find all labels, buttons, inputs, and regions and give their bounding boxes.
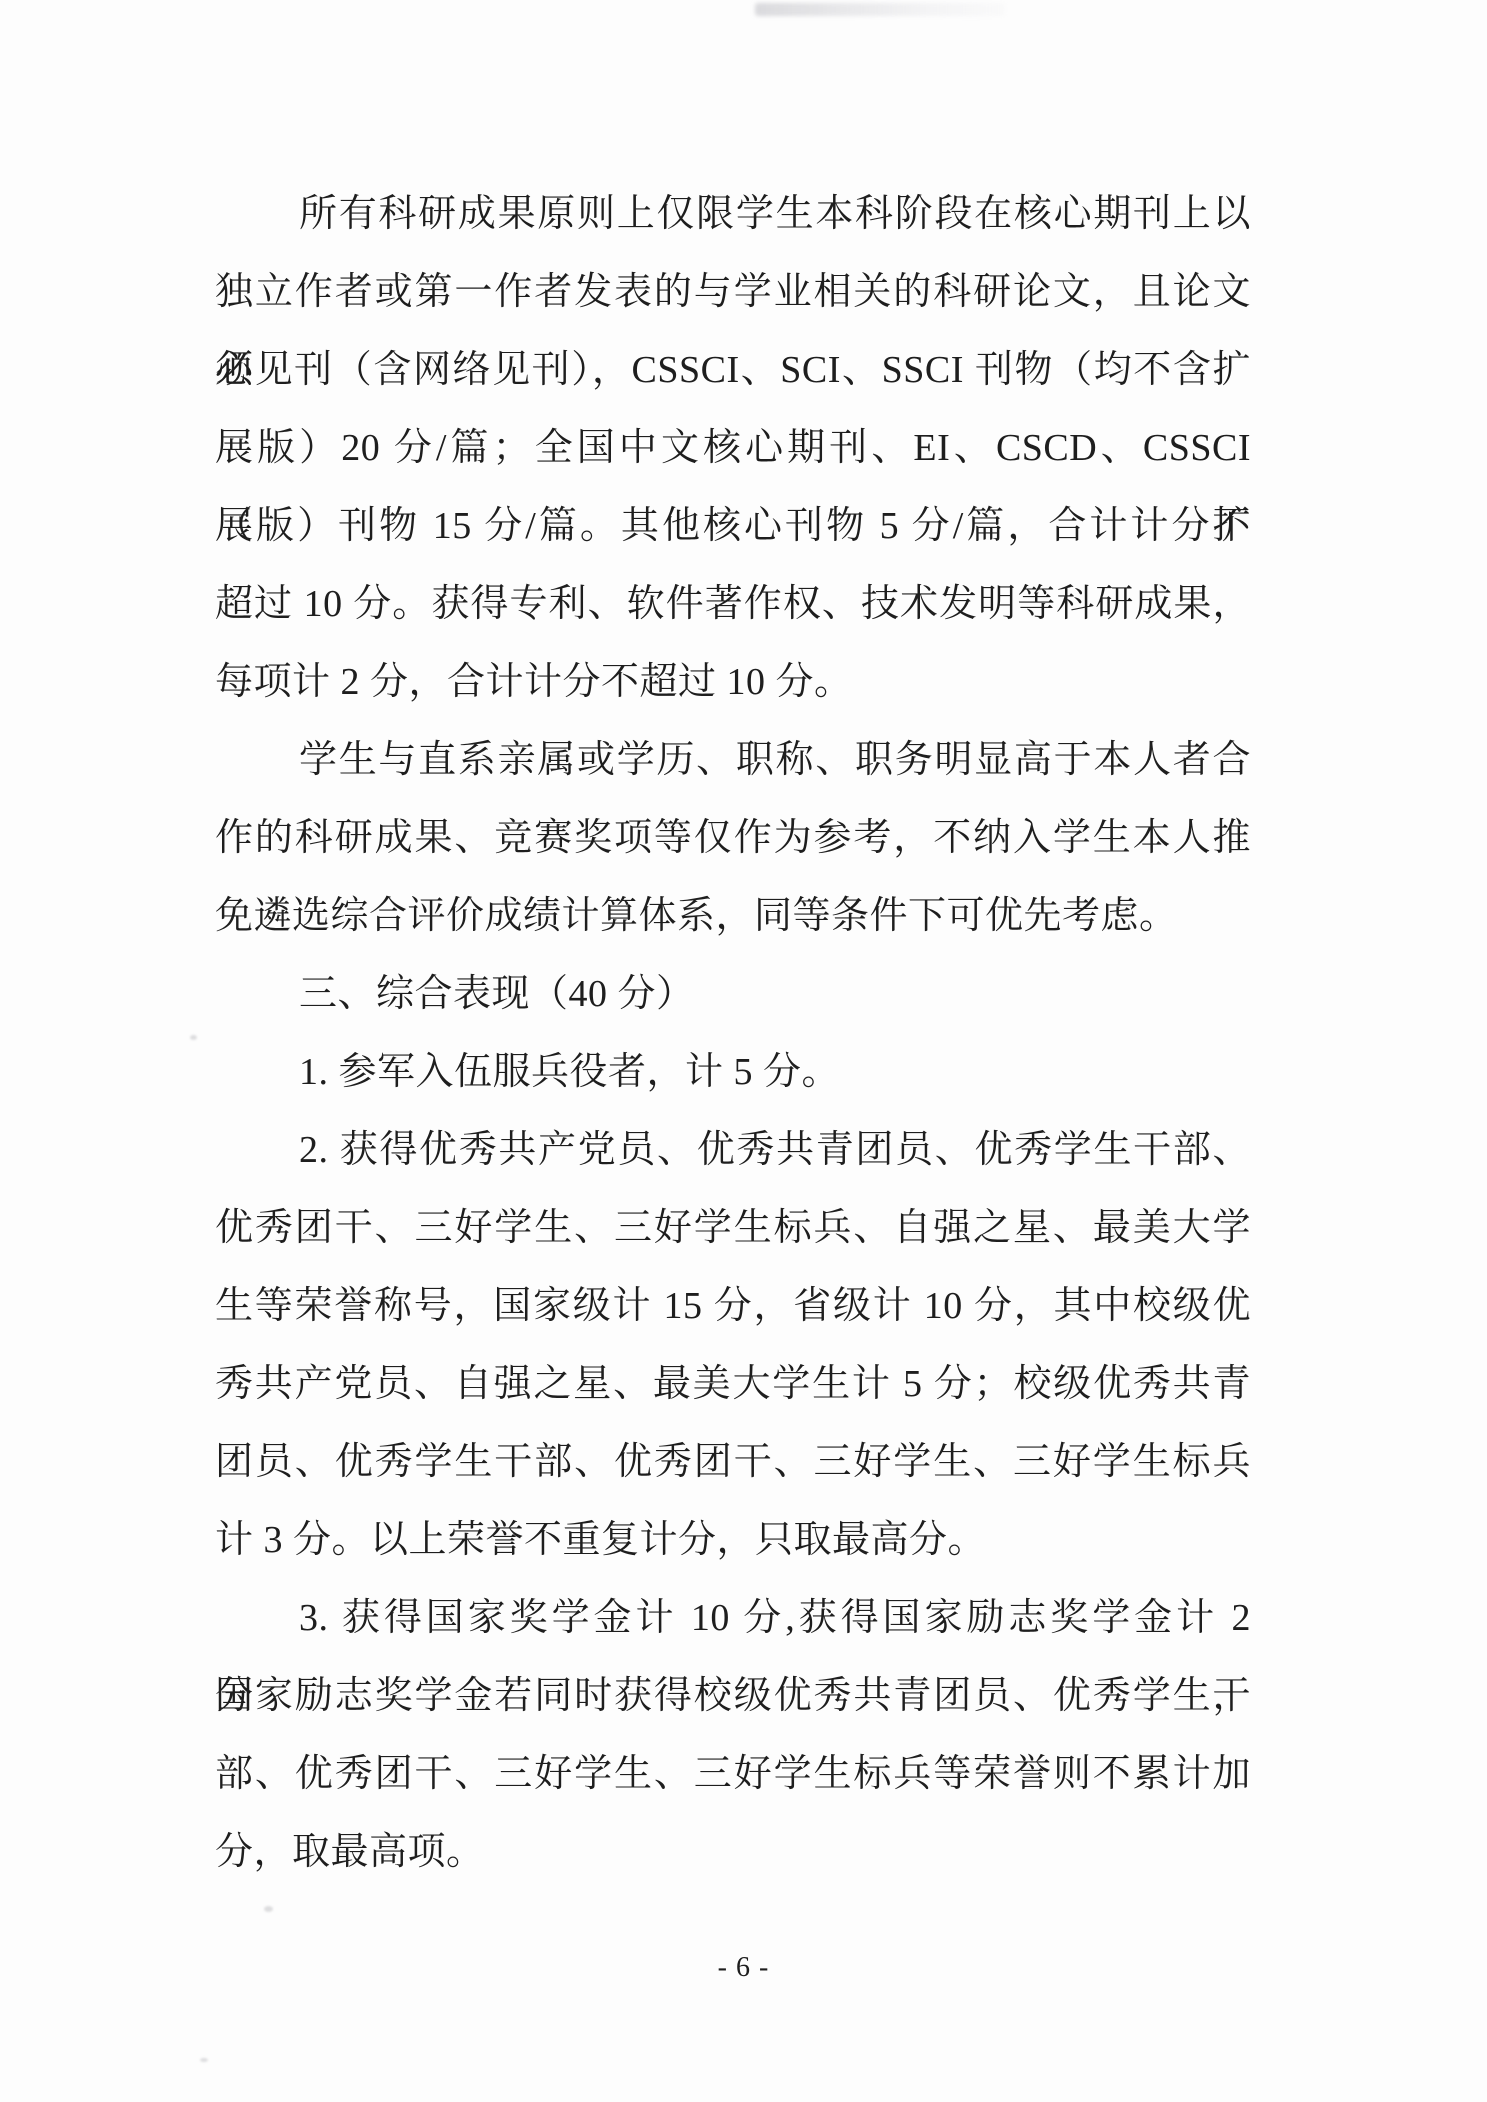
body-line: 超过 10 分。获得专利、软件著作权、技术发明等科研成果， [215,565,1251,643]
scanned-page: 所有科研成果原则上仅限学生本科阶段在核心期刊上以 独立作者或第一作者发表的与学业… [0,0,1487,2102]
body-line: 所有科研成果原则上仅限学生本科阶段在核心期刊上以 [215,175,1251,253]
scan-artifact [190,1035,197,1040]
body-line: 生等荣誉称号，国家级计 15 分，省级计 10 分，其中校级优 [215,1267,1251,1345]
section-heading-line: 三、综合表现（40 分） [215,955,1251,1033]
body-line: 作的科研成果、竞赛奖项等仅作为参考，不纳入学生本人推 [215,799,1251,877]
body-line: 展版）20 分/篇；全国中文核心期刊、EI、CSCD、CSSCI（扩 [215,409,1251,487]
body-line: 分，取最高项。 [215,1813,1251,1891]
body-line: 每项计 2 分，合计计分不超过 10 分。 [215,643,1251,721]
body-line: 学生与直系亲属或学历、职称、职务明显高于本人者合 [215,721,1251,799]
body-line: 计 3 分。以上荣誉不重复计分，只取最高分。 [215,1501,1251,1579]
body-line: 独立作者或第一作者发表的与学业相关的科研论文，且论文必 [215,253,1251,331]
body-line: 团员、优秀学生干部、优秀团干、三好学生、三好学生标兵 [215,1423,1251,1501]
document-body: 所有科研成果原则上仅限学生本科阶段在核心期刊上以 独立作者或第一作者发表的与学业… [215,175,1251,1891]
scan-artifact [755,3,1005,16]
body-line: 优秀团干、三好学生、三好学生标兵、自强之星、最美大学 [215,1189,1251,1267]
body-line: 1. 参军入伍服兵役者，计 5 分。 [215,1033,1251,1111]
body-line: 部、优秀团干、三好学生、三好学生标兵等荣誉则不累计加 [215,1735,1251,1813]
body-line: 3. 获得国家奖学金计 10 分,获得国家励志奖学金计 2 分， [215,1579,1251,1657]
body-line: 秀共产党员、自强之星、最美大学生计 5 分；校级优秀共青 [215,1345,1251,1423]
body-line: 国家励志奖学金若同时获得校级优秀共青团员、优秀学生干 [215,1657,1251,1735]
body-line: 展版）刊物 15 分/篇。其他核心刊物 5 分/篇，合计计分不 [215,487,1251,565]
page-number: - 6 - [0,1952,1487,1984]
scan-artifact [264,1906,273,1912]
body-line: 2. 获得优秀共产党员、优秀共青团员、优秀学生干部、 [215,1111,1251,1189]
body-line: 免遴选综合评价成绩计算体系，同等条件下可优先考虑。 [215,877,1251,955]
body-line: 须见刊（含网络见刊），CSSCI、SCI、SSCI 刊物（均不含扩 [215,331,1251,409]
scan-artifact [200,2058,208,2062]
